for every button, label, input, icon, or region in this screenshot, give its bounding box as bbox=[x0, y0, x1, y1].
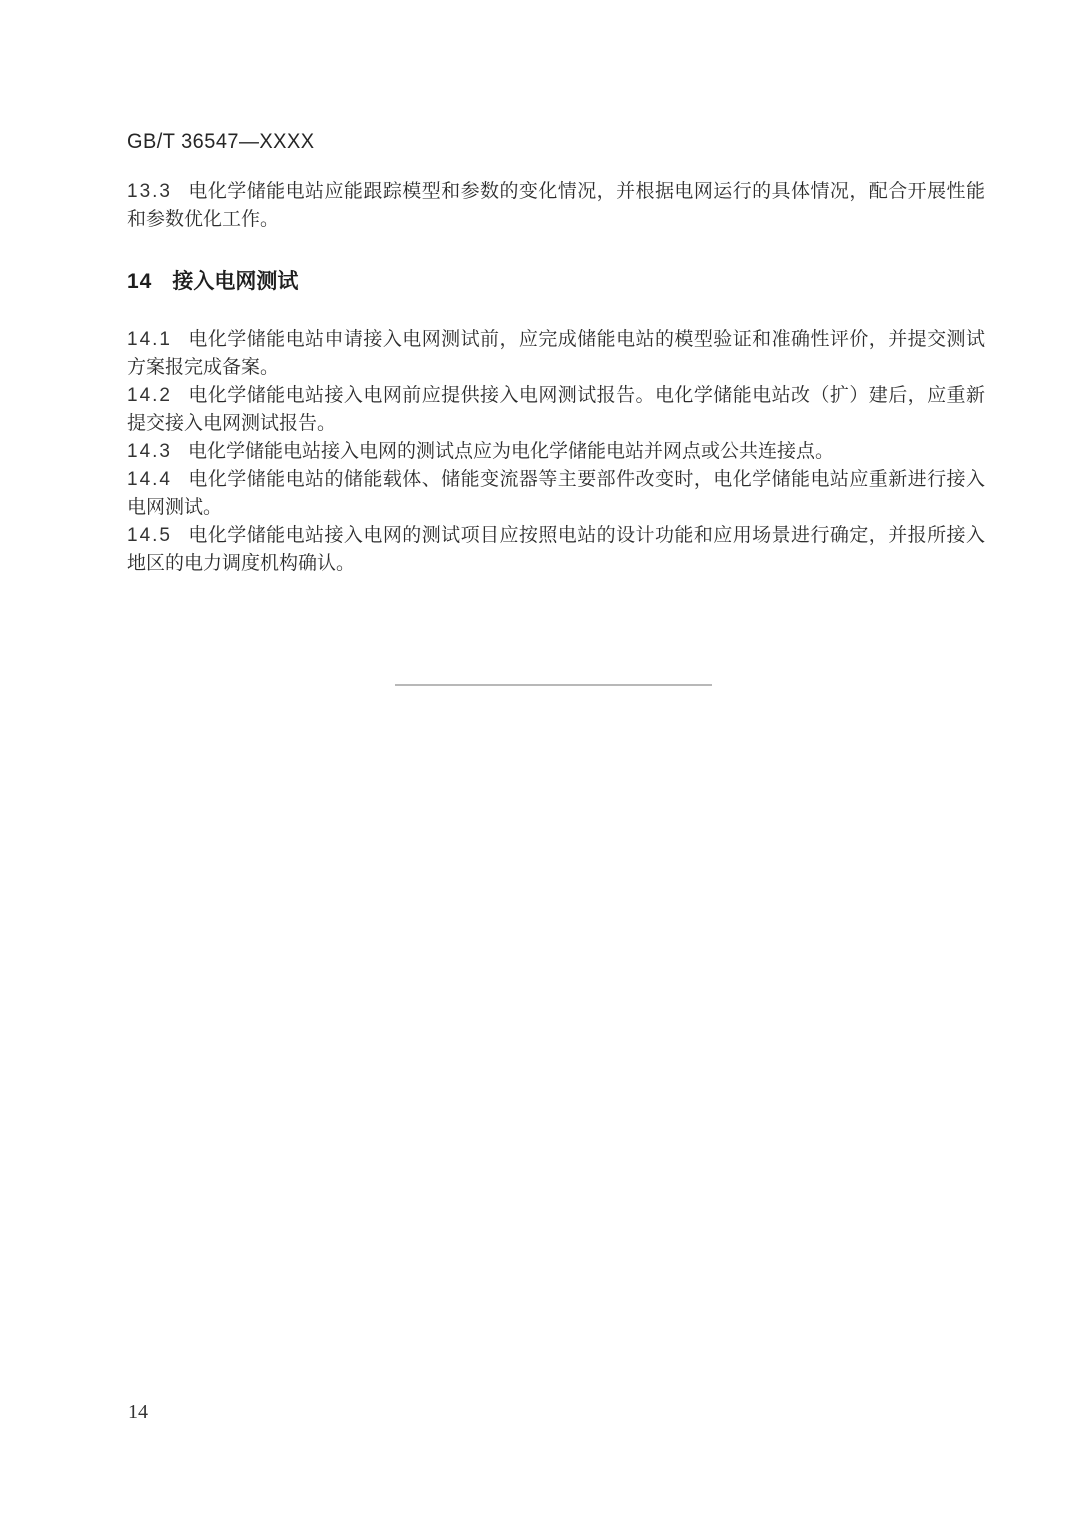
clause-number: 14.2 bbox=[127, 385, 172, 406]
clause-text: 电化学储能电站接入电网前应提供接入电网测试报告。电化学储能电站改（扩）建后，应重… bbox=[127, 385, 985, 434]
section-number: 14 bbox=[127, 270, 152, 293]
page-number: 14 bbox=[128, 1400, 148, 1424]
clause-text: 电化学储能电站接入电网的测试项目应按照电站的设计功能和应用场景进行确定，并报所接… bbox=[127, 525, 985, 574]
clause-number: 13.3 bbox=[127, 181, 172, 202]
clause-text: 电化学储能电站的储能载体、储能变流器等主要部件改变时，电化学储能电站应重新进行接… bbox=[127, 469, 985, 518]
clause-14-1: 14.1电化学储能电站申请接入电网测试前，应完成储能电站的模型验证和准确性评价，… bbox=[127, 326, 985, 382]
clause-14-3: 14.3电化学储能电站接入电网的测试点应为电化学储能电站并网点或公共连接点。 bbox=[127, 438, 985, 466]
document-page: GB/T 36547—XXXX 13.3电化学储能电站应能跟踪模型和参数的变化情… bbox=[0, 0, 1080, 1527]
section-title: 接入电网测试 bbox=[172, 270, 298, 293]
clause-text: 电化学储能电站申请接入电网测试前，应完成储能电站的模型验证和准确性评价，并提交测… bbox=[127, 329, 985, 378]
document-body: 13.3电化学储能电站应能跟踪模型和参数的变化情况，并根据电网运行的具体情况，配… bbox=[127, 178, 985, 578]
clause-14-2: 14.2电化学储能电站接入电网前应提供接入电网测试报告。电化学储能电站改（扩）建… bbox=[127, 382, 985, 438]
clause-number: 14.1 bbox=[127, 329, 172, 350]
clause-number: 14.4 bbox=[127, 469, 172, 490]
clause-text: 电化学储能电站应能跟踪模型和参数的变化情况，并根据电网运行的具体情况，配合开展性… bbox=[127, 181, 985, 230]
end-of-text-rule bbox=[395, 684, 712, 686]
standard-code-header: GB/T 36547—XXXX bbox=[127, 130, 315, 154]
clause-text: 电化学储能电站接入电网的测试点应为电化学储能电站并网点或公共连接点。 bbox=[188, 441, 834, 462]
clause-14-4: 14.4电化学储能电站的储能载体、储能变流器等主要部件改变时，电化学储能电站应重… bbox=[127, 466, 985, 522]
clause-14-5: 14.5电化学储能电站接入电网的测试项目应按照电站的设计功能和应用场景进行确定，… bbox=[127, 522, 985, 578]
section-14-heading: 14接入电网测试 bbox=[127, 268, 985, 296]
clause-13-3: 13.3电化学储能电站应能跟踪模型和参数的变化情况，并根据电网运行的具体情况，配… bbox=[127, 178, 985, 234]
clause-number: 14.3 bbox=[127, 441, 172, 462]
clause-number: 14.5 bbox=[127, 525, 172, 546]
